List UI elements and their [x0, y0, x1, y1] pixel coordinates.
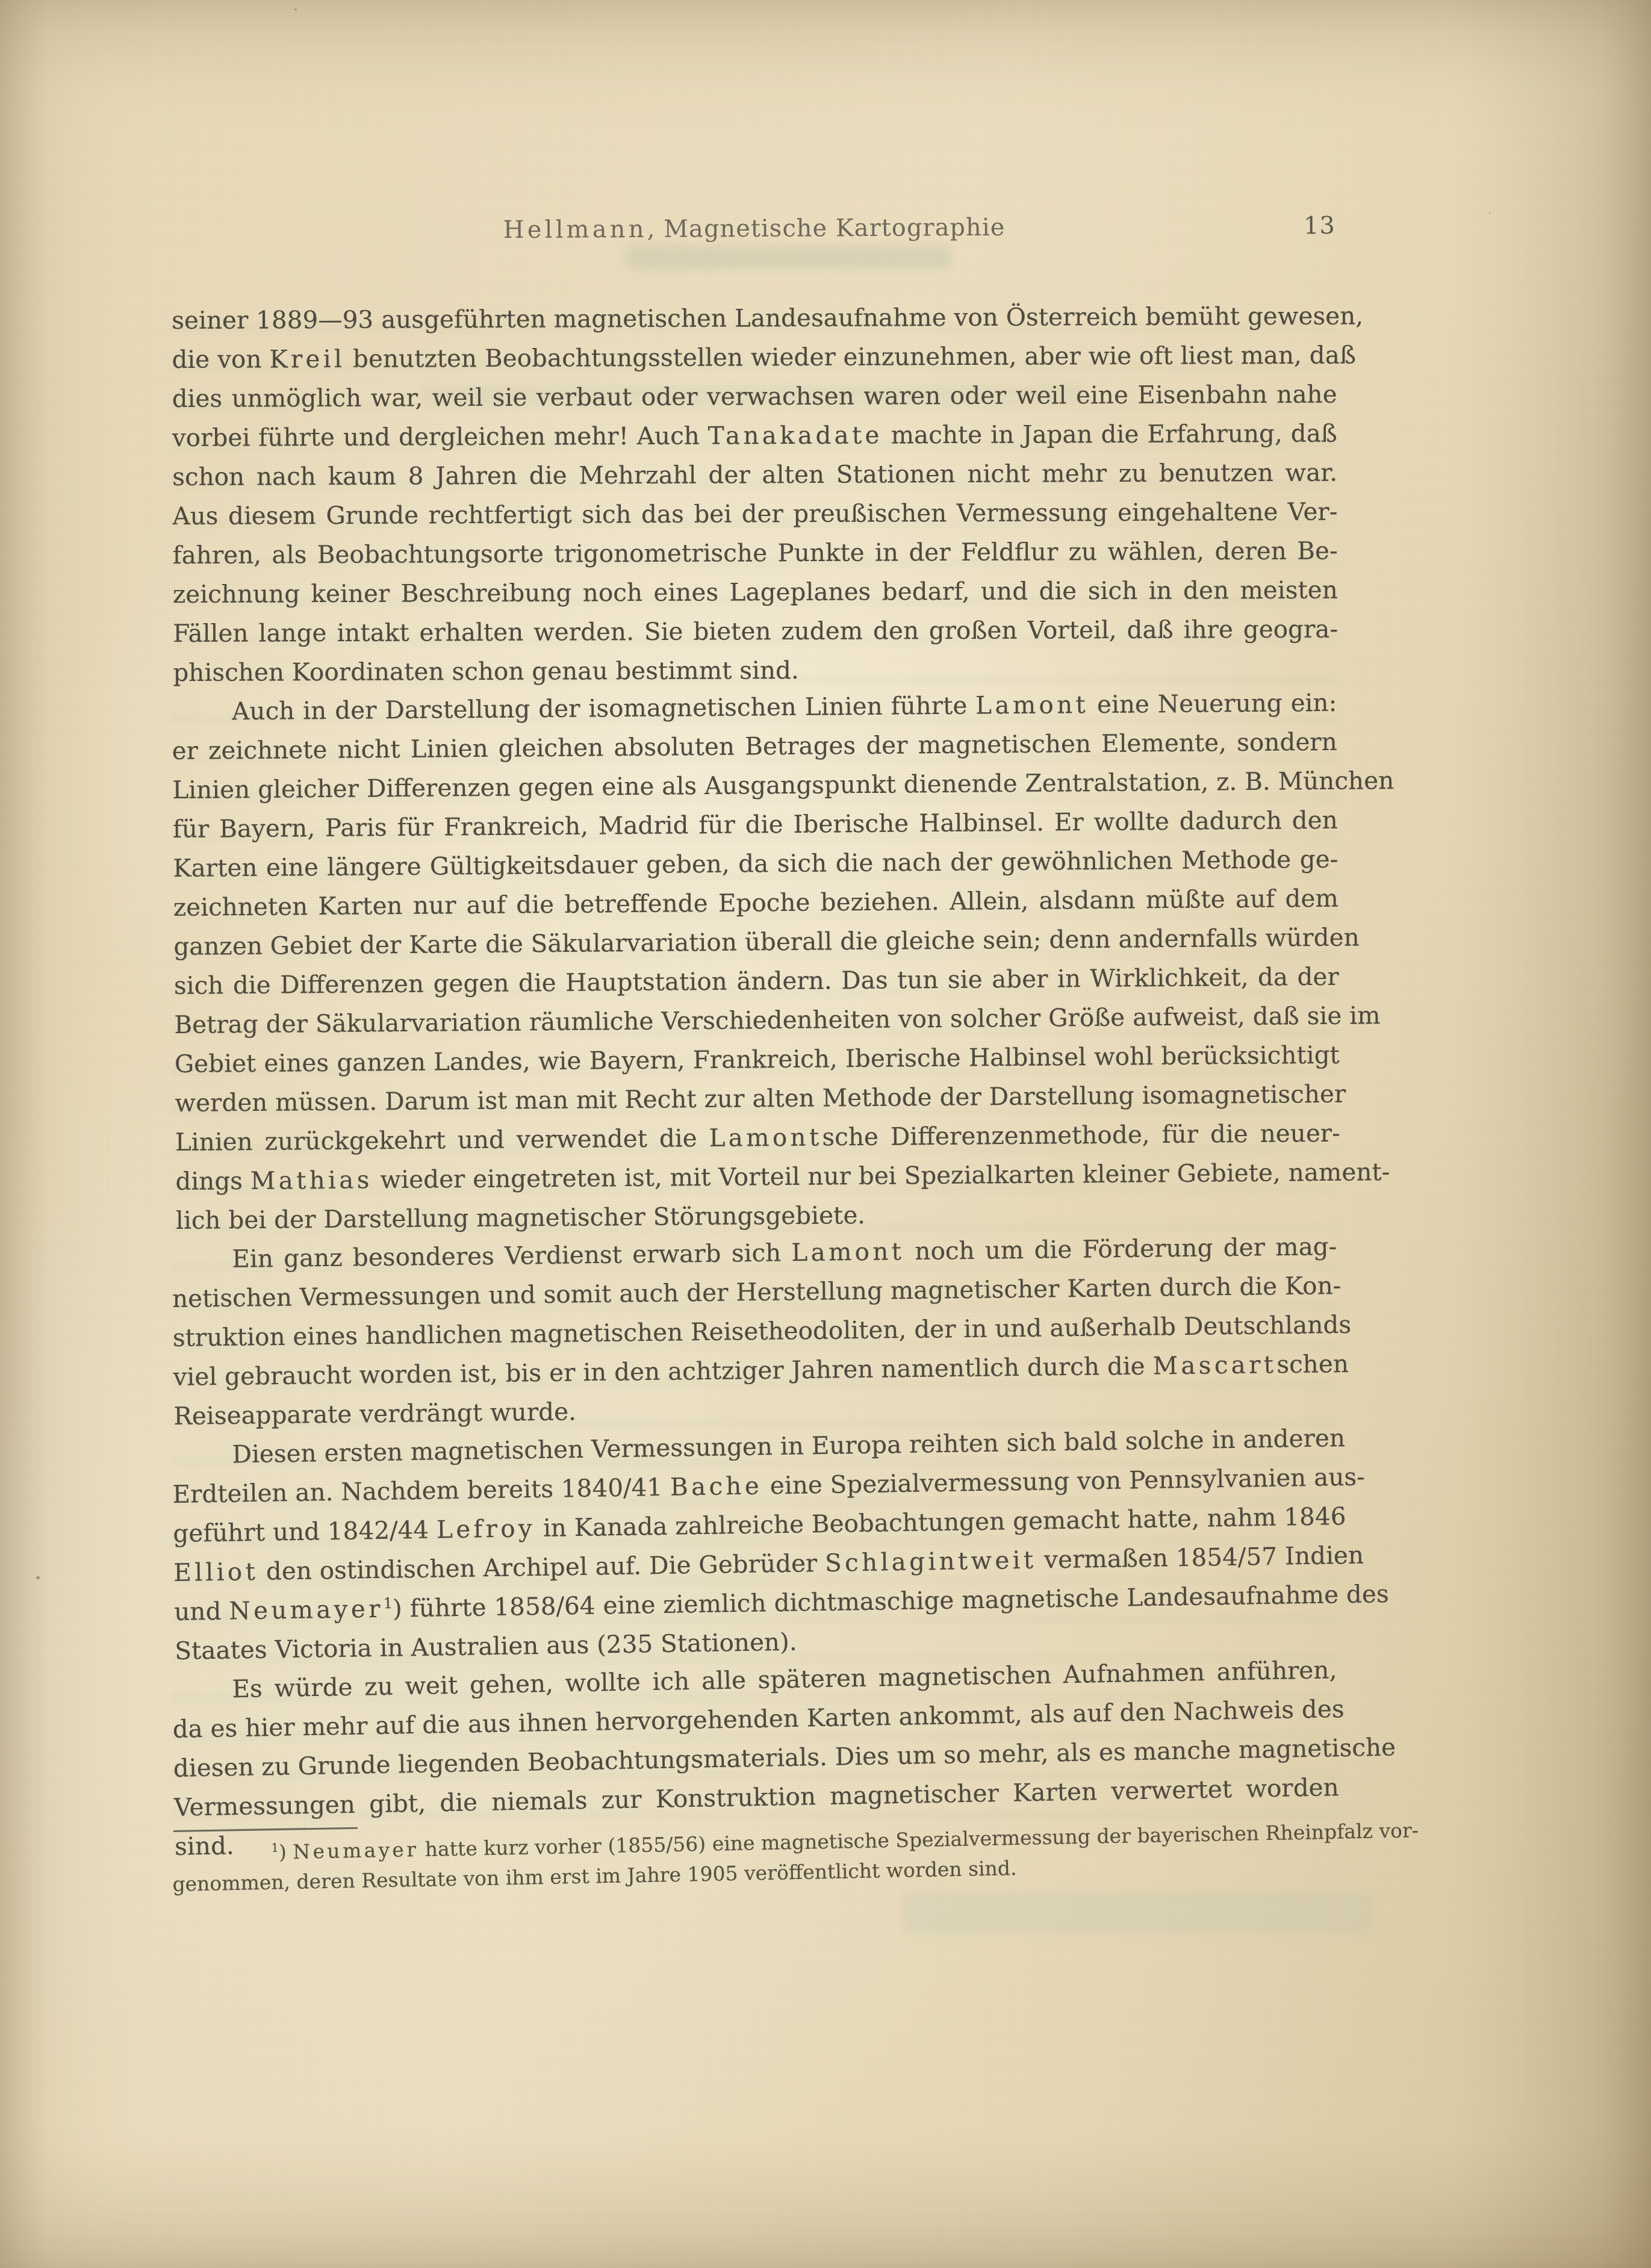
paragraph: Auch in der Darstellung der isomagnetisc… — [172, 683, 1341, 1240]
text-line: vorbei führte und dergleichen mehr! Auch… — [172, 414, 1337, 458]
ink-speck — [36, 1576, 40, 1579]
ink-speck — [1488, 212, 1491, 214]
running-header: Hellmann, Magnetische Kartographie 13 — [172, 212, 1337, 254]
show-through-smudge — [903, 1892, 1373, 1934]
body-text: seiner 1889—93 ausgeführten magnetischen… — [172, 301, 1337, 1827]
text-line: die von Kreil benutzten Beobachtungsstel… — [172, 336, 1337, 379]
paragraph: seiner 1889—93 ausgeführten magnetischen… — [172, 297, 1338, 692]
ink-speck — [294, 8, 297, 11]
paragraph: Es würde zu weit gehen, wollte ich alle … — [172, 1650, 1339, 1827]
text-line: dies unmöglich war, weil sie verbaut ode… — [172, 375, 1337, 418]
paragraph: Ein ganz besonderes Verdienst erwarb sic… — [172, 1227, 1339, 1436]
text-line: seiner 1889—93 ausgeführten magnetischen… — [172, 297, 1337, 340]
running-title: Hellmann, Magnetische Kartographie — [172, 212, 1337, 246]
paragraph: Diesen ersten magnetischen Vermessungen … — [172, 1418, 1340, 1671]
scanned-book-page: Hellmann, Magnetische Kartographie 13 se… — [0, 0, 1651, 2268]
text-line: fahren, als Beobachtungsorte trigonometr… — [172, 532, 1337, 575]
text-line: Aus diesem Grunde rechtfertigt sich das … — [172, 492, 1337, 536]
footnote: 1) Neumayer hatte kurz vorher (1855/56) … — [172, 1817, 1344, 1900]
text-line: zeichnung keiner Beschreibung noch eines… — [173, 571, 1338, 614]
text-line: Fällen lange intakt erhalten werden. Sie… — [173, 610, 1338, 653]
text-line: schon nach kaum 8 Jahren die Mehrzahl de… — [172, 453, 1337, 497]
page-number: 13 — [1304, 212, 1335, 240]
